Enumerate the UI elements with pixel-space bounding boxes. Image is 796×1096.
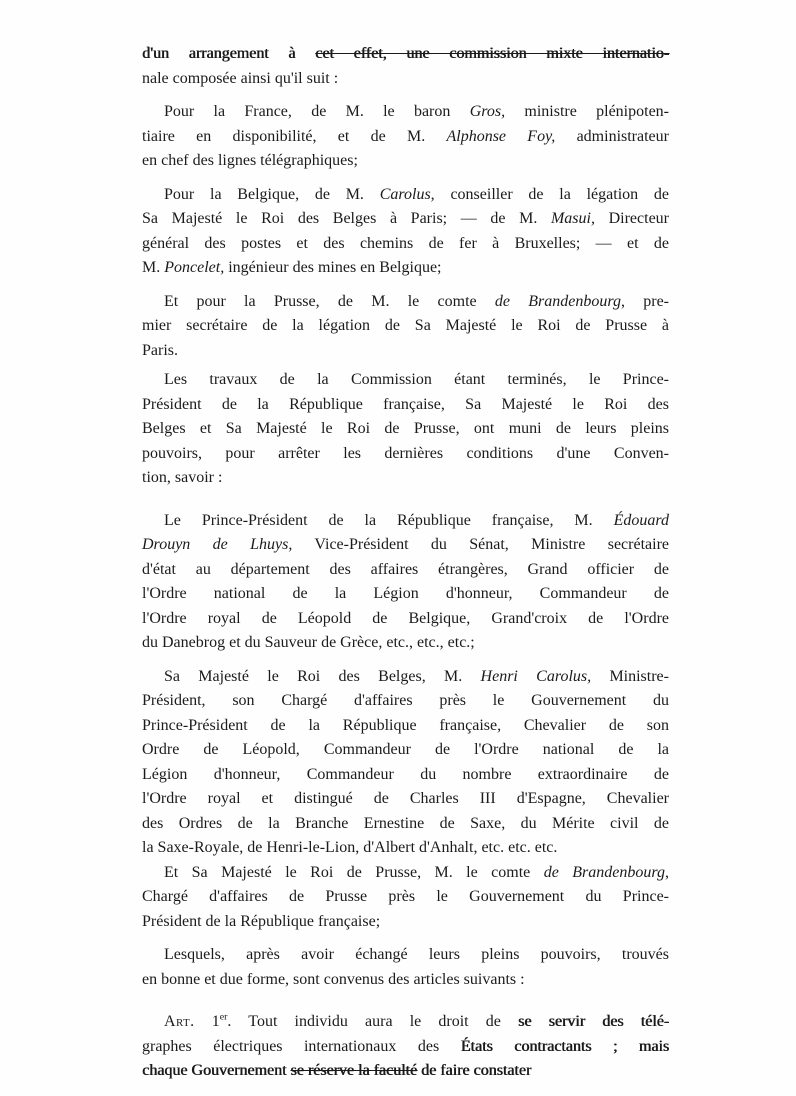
text-segment: nale composée ainsi qu'il suit : [142,70,338,87]
text-segment: général des postes et des chemins de fer… [142,235,669,252]
text-segment: Président de la République française; [142,913,380,930]
text-segment: l'Ordre royal et distingué de Charles II… [142,790,669,807]
text-line: l'Ordre royal et distingué de Charles II… [142,787,669,812]
text-segment: graphes électriques internationaux des [142,1038,461,1055]
text-segment: Prince-Président de la République frança… [142,717,669,734]
text-segment: tion, savoir : [142,469,222,486]
text-segment: en chef des lignes télégraphiques; [142,152,358,169]
text-segment: , [665,864,669,881]
text-line: Sa Majesté le Roi des Belges à Paris; — … [142,207,669,232]
text-line: d'un arrangement à cet effet, une commis… [142,42,669,67]
text-line: Lesquels, après avoir échangé leurs plei… [142,943,669,968]
text-segment: se réserve la faculté [290,1062,417,1079]
text-segment: Vice-Président du Sénat, Ministre secrét… [292,536,669,553]
text-line: Le Prince-Président de la République fra… [142,509,669,534]
text-line: Président, son Chargé d'affaires près le… [142,689,669,714]
text-line: tiaire en disponibilité, et de M. Alphon… [142,125,669,150]
text-segment: Masui, [551,210,595,227]
text-line: Président de la République française; [142,910,669,935]
text-line: en chef des lignes télégraphiques; [142,149,669,174]
text-segment: Belges et Sa Majesté le Roi de Prusse, o… [142,420,669,437]
text-segment: Lesquels, après avoir échangé leurs plei… [164,946,669,963]
text-segment: Gros, [470,103,505,120]
text-line: Prince-Président de la République frança… [142,714,669,739]
text-line: nale composée ainsi qu'il suit : [142,67,669,92]
text-segment: de Brandenbourg [544,864,665,881]
text-line: chaque Gouvernement se réserve la facult… [142,1059,669,1084]
paragraph: Art. 1er. Tout individu aura le droit de… [142,1010,669,1084]
text-line: graphes électriques internationaux des É… [142,1035,669,1060]
text-segment: ingénieur des mines en Belgique; [224,259,441,276]
text-segment: Directeur [595,210,669,227]
text-line: Chargé d'affaires de Prusse près le Gouv… [142,885,669,910]
text-segment: tiaire en disponibilité, et de M. [142,128,446,145]
text-line: M. Poncelet, ingénieur des mines en Belg… [142,256,669,281]
text-line: Drouyn de Lhuys, Vice-Président du Sénat… [142,533,669,558]
text-segment: se servir des télé- [518,1013,669,1030]
text-segment: Poncelet, [164,259,224,276]
text-line: Et Sa Majesté le Roi de Prusse, M. le co… [142,861,669,886]
text-segment: d'état au département des affaires étran… [142,561,669,578]
text-line: Pour la Belgique, de M. Carolus, conseil… [142,183,669,208]
paragraph: Le Prince-Président de la République fra… [142,509,669,656]
text-segment: Légion d'honneur, Commandeur du nombre e… [142,766,669,783]
text-line: Et pour la Prusse, de M. le comte de Bra… [142,290,669,315]
text-segment: Et Sa Majesté le Roi de Prusse, M. le co… [164,864,544,881]
text-segment: des Ordres de la Branche Ernestine de Sa… [142,815,669,832]
text-segment: conseiller de la légation de [435,186,669,203]
text-segment: Le Prince-Président de la République fra… [164,512,614,529]
text-line: Art. 1er. Tout individu aura le droit de… [142,1010,669,1035]
text-segment: Pour la Belgique, de M. [164,186,380,203]
text-segment: Les travaux de la Commission étant termi… [164,371,669,388]
text-segment: de Brandenbourg [495,293,621,310]
text-segment: administrateur [555,128,669,145]
text-line: la Saxe-Royale, de Henri-le-Lion, d'Albe… [142,836,669,861]
paragraph: Pour la France, de M. le baron Gros, min… [142,100,669,174]
text-line: Les travaux de la Commission étant termi… [142,368,669,393]
text-segment: chaque Gouvernement [142,1062,290,1079]
paragraph: d'un arrangement à cet effet, une commis… [142,42,669,91]
text-segment: États contractants ; mais [461,1038,669,1055]
text-segment: Ordre de Léopold, Commandeur de l'Ordre … [142,741,669,758]
paragraph: Et Sa Majesté le Roi de Prusse, M. le co… [142,861,669,935]
paragraph: Lesquels, après avoir échangé leurs plei… [142,943,669,992]
text-segment: cet effet, une commission mixte internat… [315,45,669,62]
text-segment: Chargé d'affaires de Prusse près le Gouv… [142,888,669,905]
document-body: d'un arrangement à cet effet, une commis… [142,42,669,1084]
text-segment: Carolus, [380,186,435,203]
text-segment: Président, son Chargé d'affaires près le… [142,692,669,709]
text-segment: M. [142,259,164,276]
paragraph: Les travaux de la Commission étant termi… [142,368,669,491]
text-segment: ministre plénipoten- [505,103,669,120]
text-segment: Pour la France, de M. le baron [164,103,470,120]
paragraph: Pour la Belgique, de M. Carolus, conseil… [142,183,669,281]
text-line: d'état au département des affaires étran… [142,558,669,583]
text-segment: Alphonse Foy, [446,128,555,145]
text-segment: Art. [164,1013,195,1030]
text-segment: d'un arrangement à [142,45,315,62]
text-segment: Président de la République française, Sa… [142,396,669,413]
text-line: Ordre de Léopold, Commandeur de l'Ordre … [142,738,669,763]
text-segment: l'Ordre national de la Légion d'honneur,… [142,585,669,602]
scanned-page: d'un arrangement à cet effet, une commis… [0,0,796,1096]
text-line: Belges et Sa Majesté le Roi de Prusse, o… [142,417,669,442]
text-segment: Sa Majesté le Roi des Belges à Paris; — … [142,210,551,227]
text-segment: pouvoirs, pour arrêter les dernières con… [142,445,669,462]
text-line: général des postes et des chemins de fer… [142,232,669,257]
text-segment: Paris. [142,342,178,359]
paragraph: Sa Majesté le Roi des Belges, M. Henri C… [142,665,669,861]
text-segment: en bonne et due forme, sont convenus des… [142,971,525,988]
text-segment: du Danebrog et du Sauveur de Grèce, etc.… [142,634,475,651]
text-line: en bonne et due forme, sont convenus des… [142,968,669,993]
text-segment: Drouyn de Lhuys, [142,536,292,553]
paragraph: Et pour la Prusse, de M. le comte de Bra… [142,290,669,364]
text-line: du Danebrog et du Sauveur de Grèce, etc.… [142,631,669,656]
text-line: tion, savoir : [142,466,669,491]
text-segment: . Tout individu aura le droit de [227,1013,518,1030]
text-segment: Édouard [614,512,669,529]
text-line: Légion d'honneur, Commandeur du nombre e… [142,763,669,788]
text-line: pouvoirs, pour arrêter les dernières con… [142,442,669,467]
text-segment: de faire constater [417,1062,531,1079]
text-line: mier secrétaire de la légation de Sa Maj… [142,314,669,339]
text-segment: Ministre- [591,668,669,685]
text-line: Paris. [142,339,669,364]
text-line: Pour la France, de M. le baron Gros, min… [142,100,669,125]
text-segment: Et pour la Prusse, de M. le comte [164,293,495,310]
text-segment: Sa Majesté le Roi des Belges, M. [164,668,481,685]
text-segment: la Saxe-Royale, de Henri-le-Lion, d'Albe… [142,839,557,856]
text-segment: Henri Carolus, [481,668,592,685]
text-line: des Ordres de la Branche Ernestine de Sa… [142,812,669,837]
text-segment: l'Ordre royal de Léopold de Belgique, Gr… [142,610,669,627]
text-segment: 1 [195,1013,220,1030]
text-line: Sa Majesté le Roi des Belges, M. Henri C… [142,665,669,690]
text-segment: , pre- [621,293,669,310]
text-line: Président de la République française, Sa… [142,393,669,418]
text-line: l'Ordre royal de Léopold de Belgique, Gr… [142,607,669,632]
text-line: l'Ordre national de la Légion d'honneur,… [142,582,669,607]
text-segment: mier secrétaire de la légation de Sa Maj… [142,317,669,334]
